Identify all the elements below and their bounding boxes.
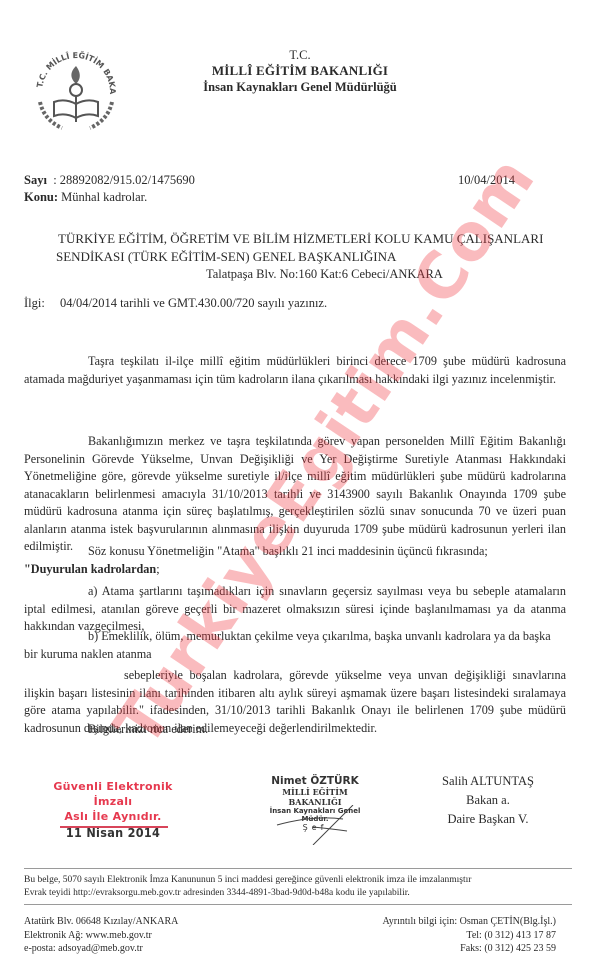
konu-value: Münhal kadrolar. xyxy=(58,190,147,204)
recipient-address: Talatpaşa Blv. No:160 Kat:6 Cebeci/ANKAR… xyxy=(206,267,443,282)
signatory-title-1: Bakan a. xyxy=(428,791,548,810)
footer-phone: Tel: (0 312) 413 17 87 xyxy=(360,929,556,943)
konu-label: Konu: xyxy=(24,190,58,204)
paragraph-1: Taşra teşkilatı il-ilçe millî eğitim müd… xyxy=(24,353,566,388)
header-tc: T.C. xyxy=(0,48,600,63)
reference-number: Sayı : 28892082/915.02/1475690 xyxy=(24,173,195,188)
stamp-divider xyxy=(60,826,168,828)
signatory-title-2: Daire Başkan V. xyxy=(428,810,548,829)
clause-b: b) Emeklilik, ölüm, memurluktan çekilme … xyxy=(24,628,566,663)
certified-copy-stamp: Güvenli Elektronik İmzalı Aslı İle Aynıd… xyxy=(38,779,188,840)
paragraph-3: Söz konusu Yönetmeliğin "Atama" başlıklı… xyxy=(24,543,566,578)
header-department: İnsan Kaynakları Genel Müdürlüğü xyxy=(0,80,600,95)
ilgi-label: İlgi: xyxy=(24,296,60,311)
divider-bottom xyxy=(24,904,572,905)
stamp-line-2: Aslı İle Aynıdır. xyxy=(38,809,188,824)
footer-contact-person: Ayrıntılı bilgi için: Osman ÇETİN(Blg.İş… xyxy=(360,915,556,929)
header-ministry: MİLLÎ EĞİTİM BAKANLIĞI xyxy=(0,63,600,79)
recipient-line-2: SENDİKASI (TÜRK EĞİTİM-SEN) GENEL BAŞKAN… xyxy=(56,249,396,265)
e-signature-notice: Bu belge, 5070 sayılı Elektronik İmza Ka… xyxy=(24,875,471,885)
subject: Konu: Münhal kadrolar. xyxy=(24,190,147,205)
ilgi-value: 04/04/2014 tarihli ve GMT.430.00/720 say… xyxy=(60,296,327,310)
signatory-name: Salih ALTUNTAŞ xyxy=(428,772,548,791)
reference-line: İlgi:04/04/2014 tarihli ve GMT.430.00/72… xyxy=(24,296,327,311)
signatory-block: Salih ALTUNTAŞ Bakan a. Daire Başkan V. xyxy=(428,772,548,829)
closing: Bilgilerinizi rica ederim. xyxy=(24,721,566,739)
stamp-ministry: MİLLİ EĞİTİM BAKANLIĞI xyxy=(265,787,365,807)
document-date: 10/04/2014 xyxy=(458,173,515,188)
footer-website: Elektronik Ağ: www.meb.gov.tr xyxy=(24,929,178,943)
stamp-name: Nimet ÖZTÜRK xyxy=(265,775,365,787)
verification-notice: Evrak teyidi http://evraksorgu.meb.gov.t… xyxy=(24,888,410,898)
footer-fax: Faks: (0 312) 425 23 59 xyxy=(360,942,556,956)
sayi-value: : 28892082/915.02/1475690 xyxy=(53,173,195,187)
footer-address: Atatürk Blv. 06648 Kızılay/ANKARA xyxy=(24,915,178,929)
quoted-heading: "Duyurulan kadrolardan; xyxy=(24,561,566,579)
recipient-line-1: TÜRKİYE EĞİTİM, ÖĞRETİM VE BİLİM HİZMETL… xyxy=(58,231,543,247)
divider-top xyxy=(24,868,572,869)
footer-contact-right: Ayrıntılı bilgi için: Osman ÇETİN(Blg.İş… xyxy=(360,915,556,956)
sayi-label: Sayı xyxy=(24,173,47,187)
stamp-line-1: Güvenli Elektronik İmzalı xyxy=(38,779,188,809)
footer-email: e-posta: adsoyad@meb.gov.tr xyxy=(24,942,178,956)
paragraph-2: Bakanlığımızın merkez ve taşra teşkilatı… xyxy=(24,433,566,556)
footer-contact-left: Atatürk Blv. 06648 Kızılay/ANKARA Elektr… xyxy=(24,915,178,956)
handwritten-signature-icon xyxy=(273,805,373,845)
official-signature-stamp: Nimet ÖZTÜRK MİLLİ EĞİTİM BAKANLIĞI İnsa… xyxy=(265,775,365,832)
